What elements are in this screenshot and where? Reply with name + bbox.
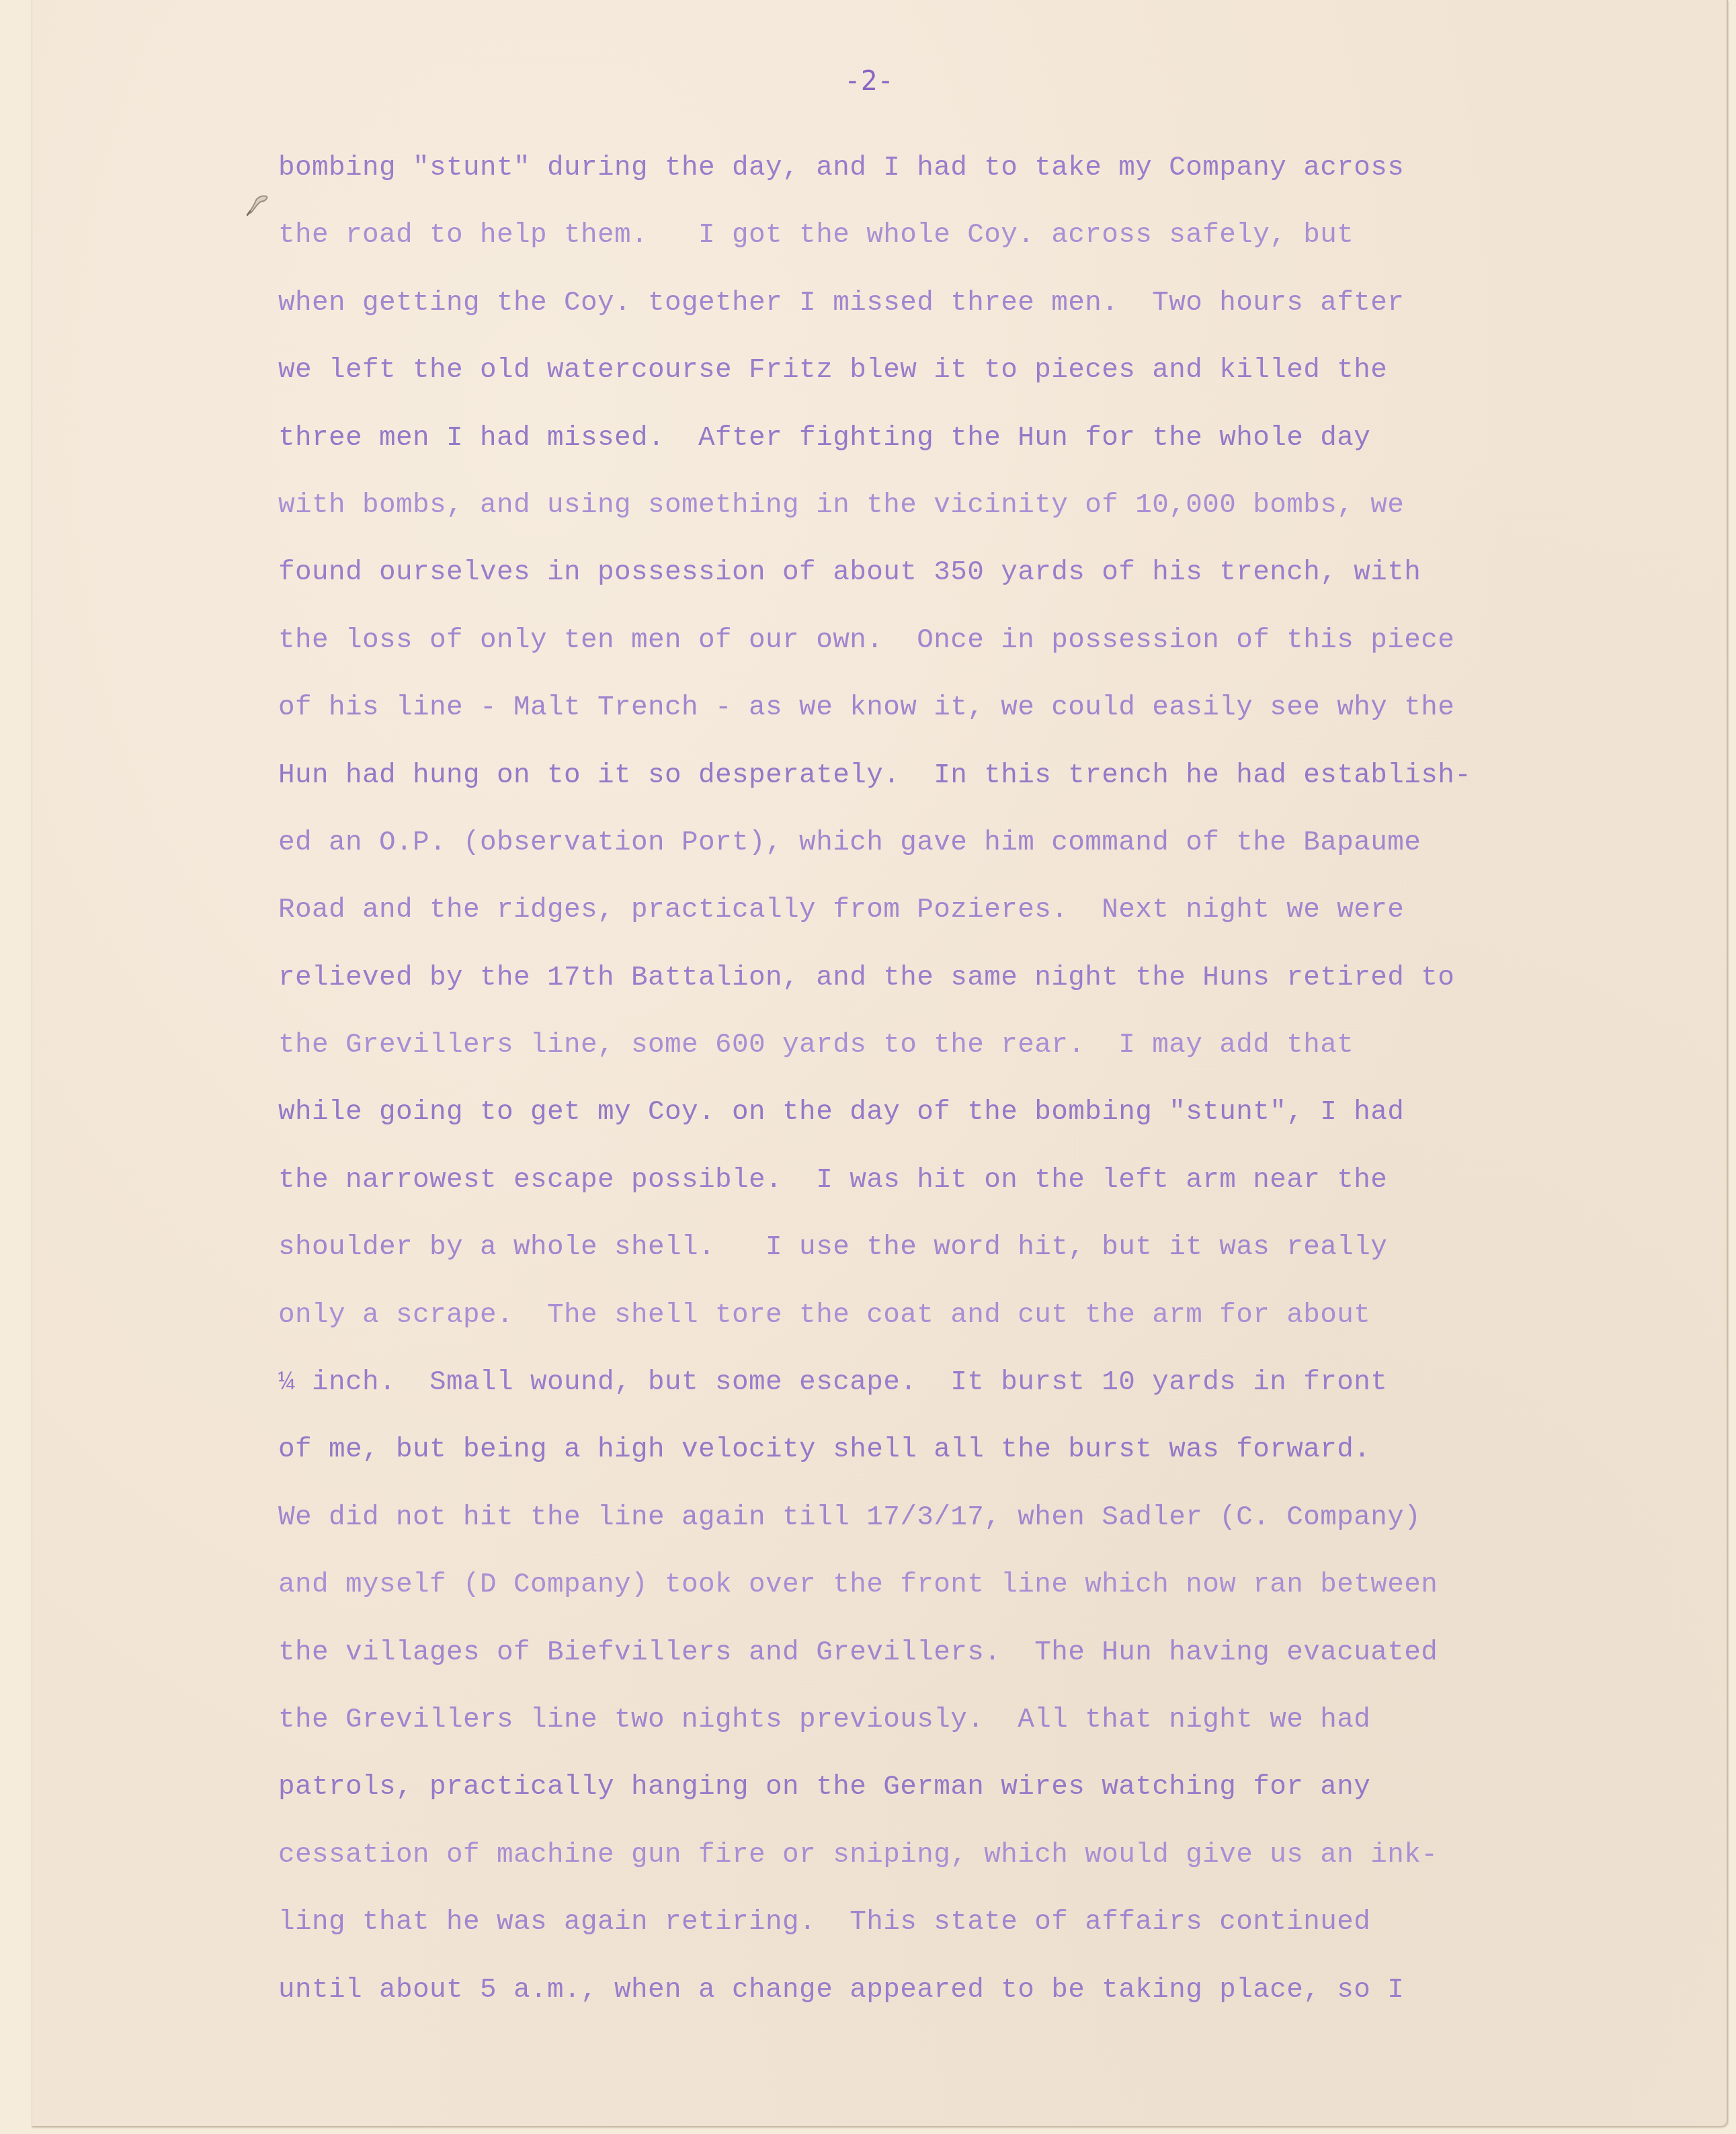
text-line: when getting the Coy. together I missed … bbox=[278, 270, 1736, 337]
text-line: the Grevillers line, some 600 yards to t… bbox=[278, 1012, 1736, 1079]
text-line: shoulder by a whole shell. I use the wor… bbox=[278, 1214, 1736, 1281]
text-line: of me, but being a high velocity shell a… bbox=[278, 1416, 1736, 1483]
text-line: the road to help them. I got the whole C… bbox=[278, 202, 1736, 269]
text-line: with bombs, and using something in the v… bbox=[278, 472, 1736, 539]
text-line: three men I had missed. After fighting t… bbox=[278, 405, 1736, 472]
text-line: Hun had hung on to it so desperately. In… bbox=[278, 742, 1736, 809]
text-line: patrols, practically hanging on the Germ… bbox=[278, 1754, 1736, 1821]
typescript-page: -2- bombing "stunt" during the day, and … bbox=[32, 0, 1728, 2127]
text-line: the villages of Biefvillers and Greville… bbox=[278, 1619, 1736, 1686]
text-line: bombing "stunt" during the day, and I ha… bbox=[278, 134, 1736, 202]
body-text: bombing "stunt" during the day, and I ha… bbox=[278, 134, 1736, 2024]
page-number: -2- bbox=[844, 65, 894, 97]
text-line: We did not hit the line again till 17/3/… bbox=[278, 1484, 1736, 1551]
text-line: and myself (D Company) took over the fro… bbox=[278, 1551, 1736, 1618]
text-line: the Grevillers line two nights previousl… bbox=[278, 1686, 1736, 1754]
text-line: found ourselves in possession of about 3… bbox=[278, 539, 1736, 606]
text-line: only a scrape. The shell tore the coat a… bbox=[278, 1282, 1736, 1349]
text-line: the narrowest escape possible. I was hit… bbox=[278, 1147, 1736, 1214]
text-line: Road and the ridges, practically from Po… bbox=[278, 876, 1736, 944]
pencil-margin-mark-icon bbox=[239, 188, 273, 222]
text-line: while going to get my Coy. on the day of… bbox=[278, 1079, 1736, 1146]
text-line: we left the old watercourse Fritz blew i… bbox=[278, 337, 1736, 404]
text-line: ling that he was again retiring. This st… bbox=[278, 1889, 1736, 1956]
text-line: cessation of machine gun fire or sniping… bbox=[278, 1821, 1736, 1889]
text-line: the loss of only ten men of our own. Onc… bbox=[278, 607, 1736, 674]
text-line: relieved by the 17th Battalion, and the … bbox=[278, 944, 1736, 1012]
text-line: until about 5 a.m., when a change appear… bbox=[278, 1957, 1736, 2024]
text-line: ed an O.P. (observation Port), which gav… bbox=[278, 809, 1736, 876]
text-line: of his line - Malt Trench - as we know i… bbox=[278, 674, 1736, 741]
text-line: ¼ inch. Small wound, but some escape. It… bbox=[278, 1349, 1736, 1416]
